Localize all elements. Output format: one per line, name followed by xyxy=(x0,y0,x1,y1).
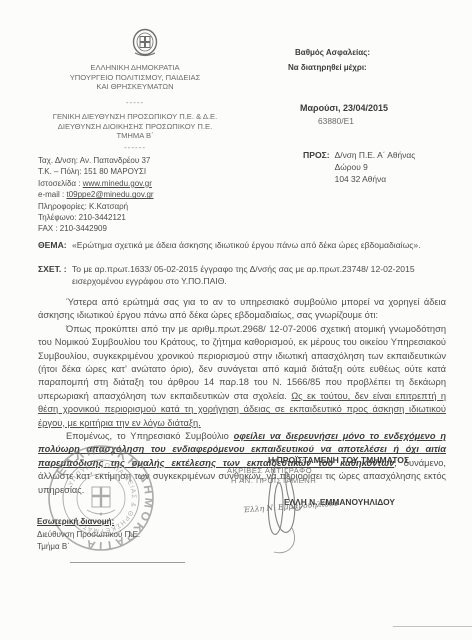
internal-distribution-line2: Τμήμα Β΄ xyxy=(37,541,70,552)
document-page: ΕΛΛΗΝΙΚΗ ΔΗΜΟΚΡΑΤΙΑ ΥΠΟΥΡΓΕΙΟ ΠΟΛΙΤΙΣΜΟΥ… xyxy=(0,0,472,640)
contact-block: Ταχ. Δ/νση: Αν. Παπανδρέου 37 Τ.Κ. – Πόλ… xyxy=(38,155,258,235)
org-line-3: ΚΑΙ ΘΡΗΣΚΕΥΜΑΤΩΝ xyxy=(35,82,235,92)
contact-info: Πληροφορίες: Κ.Κατσαρή xyxy=(38,201,258,212)
internal-distribution-line1: Διεύθυνση Προσωπικού Π.Ε. xyxy=(37,529,140,540)
org-line-1: ΕΛΛΗΝΙΚΗ ΔΗΜΟΚΡΑΤΙΑ xyxy=(35,63,235,73)
contact-email-row: e-mail : t09ppe2@minedu.gov.gr xyxy=(38,189,258,200)
subject-text: «Ερώτημα σχετικά με άδεια άσκησης ιδιωτι… xyxy=(72,239,440,251)
paragraph-2: Όπως προκύπτει από την με αριθμ.πρωτ.296… xyxy=(38,323,446,430)
org-line-2: ΥΠΟΥΡΓΕΙΟ ΠΟΛΙΤΙΣΜΟΥ, ΠΑΙΔΕΙΑΣ xyxy=(35,73,235,83)
contact-city: Τ.Κ. – Πόλη: 151 80 ΜΑΡΟΥΣΙ xyxy=(38,166,258,177)
national-emblem-icon xyxy=(129,27,161,61)
contact-email-label: e-mail : xyxy=(38,190,66,199)
contact-address: Ταχ. Δ/νση: Αν. Παπανδρέου 37 xyxy=(38,155,258,166)
security-label: Βαθμός Ασφαλείας: xyxy=(295,47,370,58)
paragraph-2-normal: Όπως προκύπτει από την με αριθμ.πρωτ.296… xyxy=(38,324,446,401)
reference-row: ΣΧΕΤ. : Το με αρ.πρωτ.1633/ 05-02-2015 έ… xyxy=(38,263,446,287)
reference-label: ΣΧΕΤ. : xyxy=(38,263,72,287)
internal-distribution-label: Εσωτερική διανομή: xyxy=(37,517,114,526)
division-line-1: ΓΕΝΙΚΗ ΔΙΕΥΘΥΝΣΗ ΠΡΟΣΩΠΙΚΟΥ Π.Ε. & Δ.Ε. xyxy=(25,112,245,122)
to-label: ΠΡΟΣ: xyxy=(303,150,330,185)
division-line-2: ΔΙΕΥΘΥΝΣΗ ΔΙΟΙΚΗΣΗΣ ΠΡΟΣΩΠΙΚΟΥ Π.Ε. xyxy=(25,122,245,132)
org-header: ΕΛΛΗΝΙΚΗ ΔΗΜΟΚΡΑΤΙΑ ΥΠΟΥΡΓΕΙΟ ΠΟΛΙΤΙΣΜΟΥ… xyxy=(35,63,235,92)
keep-until-label: Να διατηρηθεί μέχρι: xyxy=(288,62,367,73)
header-divider-1: ----- xyxy=(35,98,235,107)
subject-label: ΘΕΜΑ: xyxy=(38,239,72,251)
subject-row: ΘΕΜΑ: «Ερώτημα σχετικά με άδεια άσκησης … xyxy=(38,239,440,251)
website-link: www.minedu.gov.gr xyxy=(83,179,152,188)
footer-divider xyxy=(70,562,185,563)
signatory-name: ΕΛΛΗ Ν. ΕΜΜΑΝΟΥΗΛΙΔΟΥ xyxy=(284,497,395,507)
contact-fax: FAX : 210-3442909 xyxy=(38,223,258,234)
contact-website-label: Ιστοσελίδα : xyxy=(38,179,83,188)
paragraph-1: Ύστερα από ερώτημά σας για το αν το υπηρ… xyxy=(38,296,446,323)
to-line-2: Δώρου 9 xyxy=(335,162,416,174)
contact-phone: Τηλέφωνο: 210-3442121 xyxy=(38,212,258,223)
division-line-3: ΤΜΗΜΑ Β΄ xyxy=(25,131,245,141)
division-header: ΓΕΝΙΚΗ ΔΙΕΥΘΥΝΣΗ ΠΡΟΣΩΠΙΚΟΥ Π.Ε. & Δ.Ε. … xyxy=(25,112,245,141)
reference-text: Το με αρ.πρωτ.1633/ 05-02-2015 έγγραφο τ… xyxy=(72,263,446,287)
to-line-3: 104 32 Αθήνα xyxy=(335,174,416,186)
to-line-1: Δ/νση Π.Ε. Α΄ Αθήνας xyxy=(335,150,416,162)
email-link: t09ppe2@minedu.gov.gr xyxy=(66,190,153,199)
to-address: Δ/νση Π.Ε. Α΄ Αθήνας Δώρου 9 104 32 Αθήν… xyxy=(335,150,416,185)
contact-website-row: Ιστοσελίδα : www.minedu.gov.gr xyxy=(38,178,258,189)
scan-artifact-line xyxy=(393,626,472,627)
recipient-block: ΠΡΟΣ: Δ/νση Π.Ε. Α΄ Αθήνας Δώρου 9 104 3… xyxy=(303,150,415,185)
place-date: Μαρούσι, 23/04/2015 xyxy=(300,103,388,113)
header-divider-2: ------ xyxy=(35,143,235,152)
protocol-number: 63880/Ε1 xyxy=(318,116,354,126)
